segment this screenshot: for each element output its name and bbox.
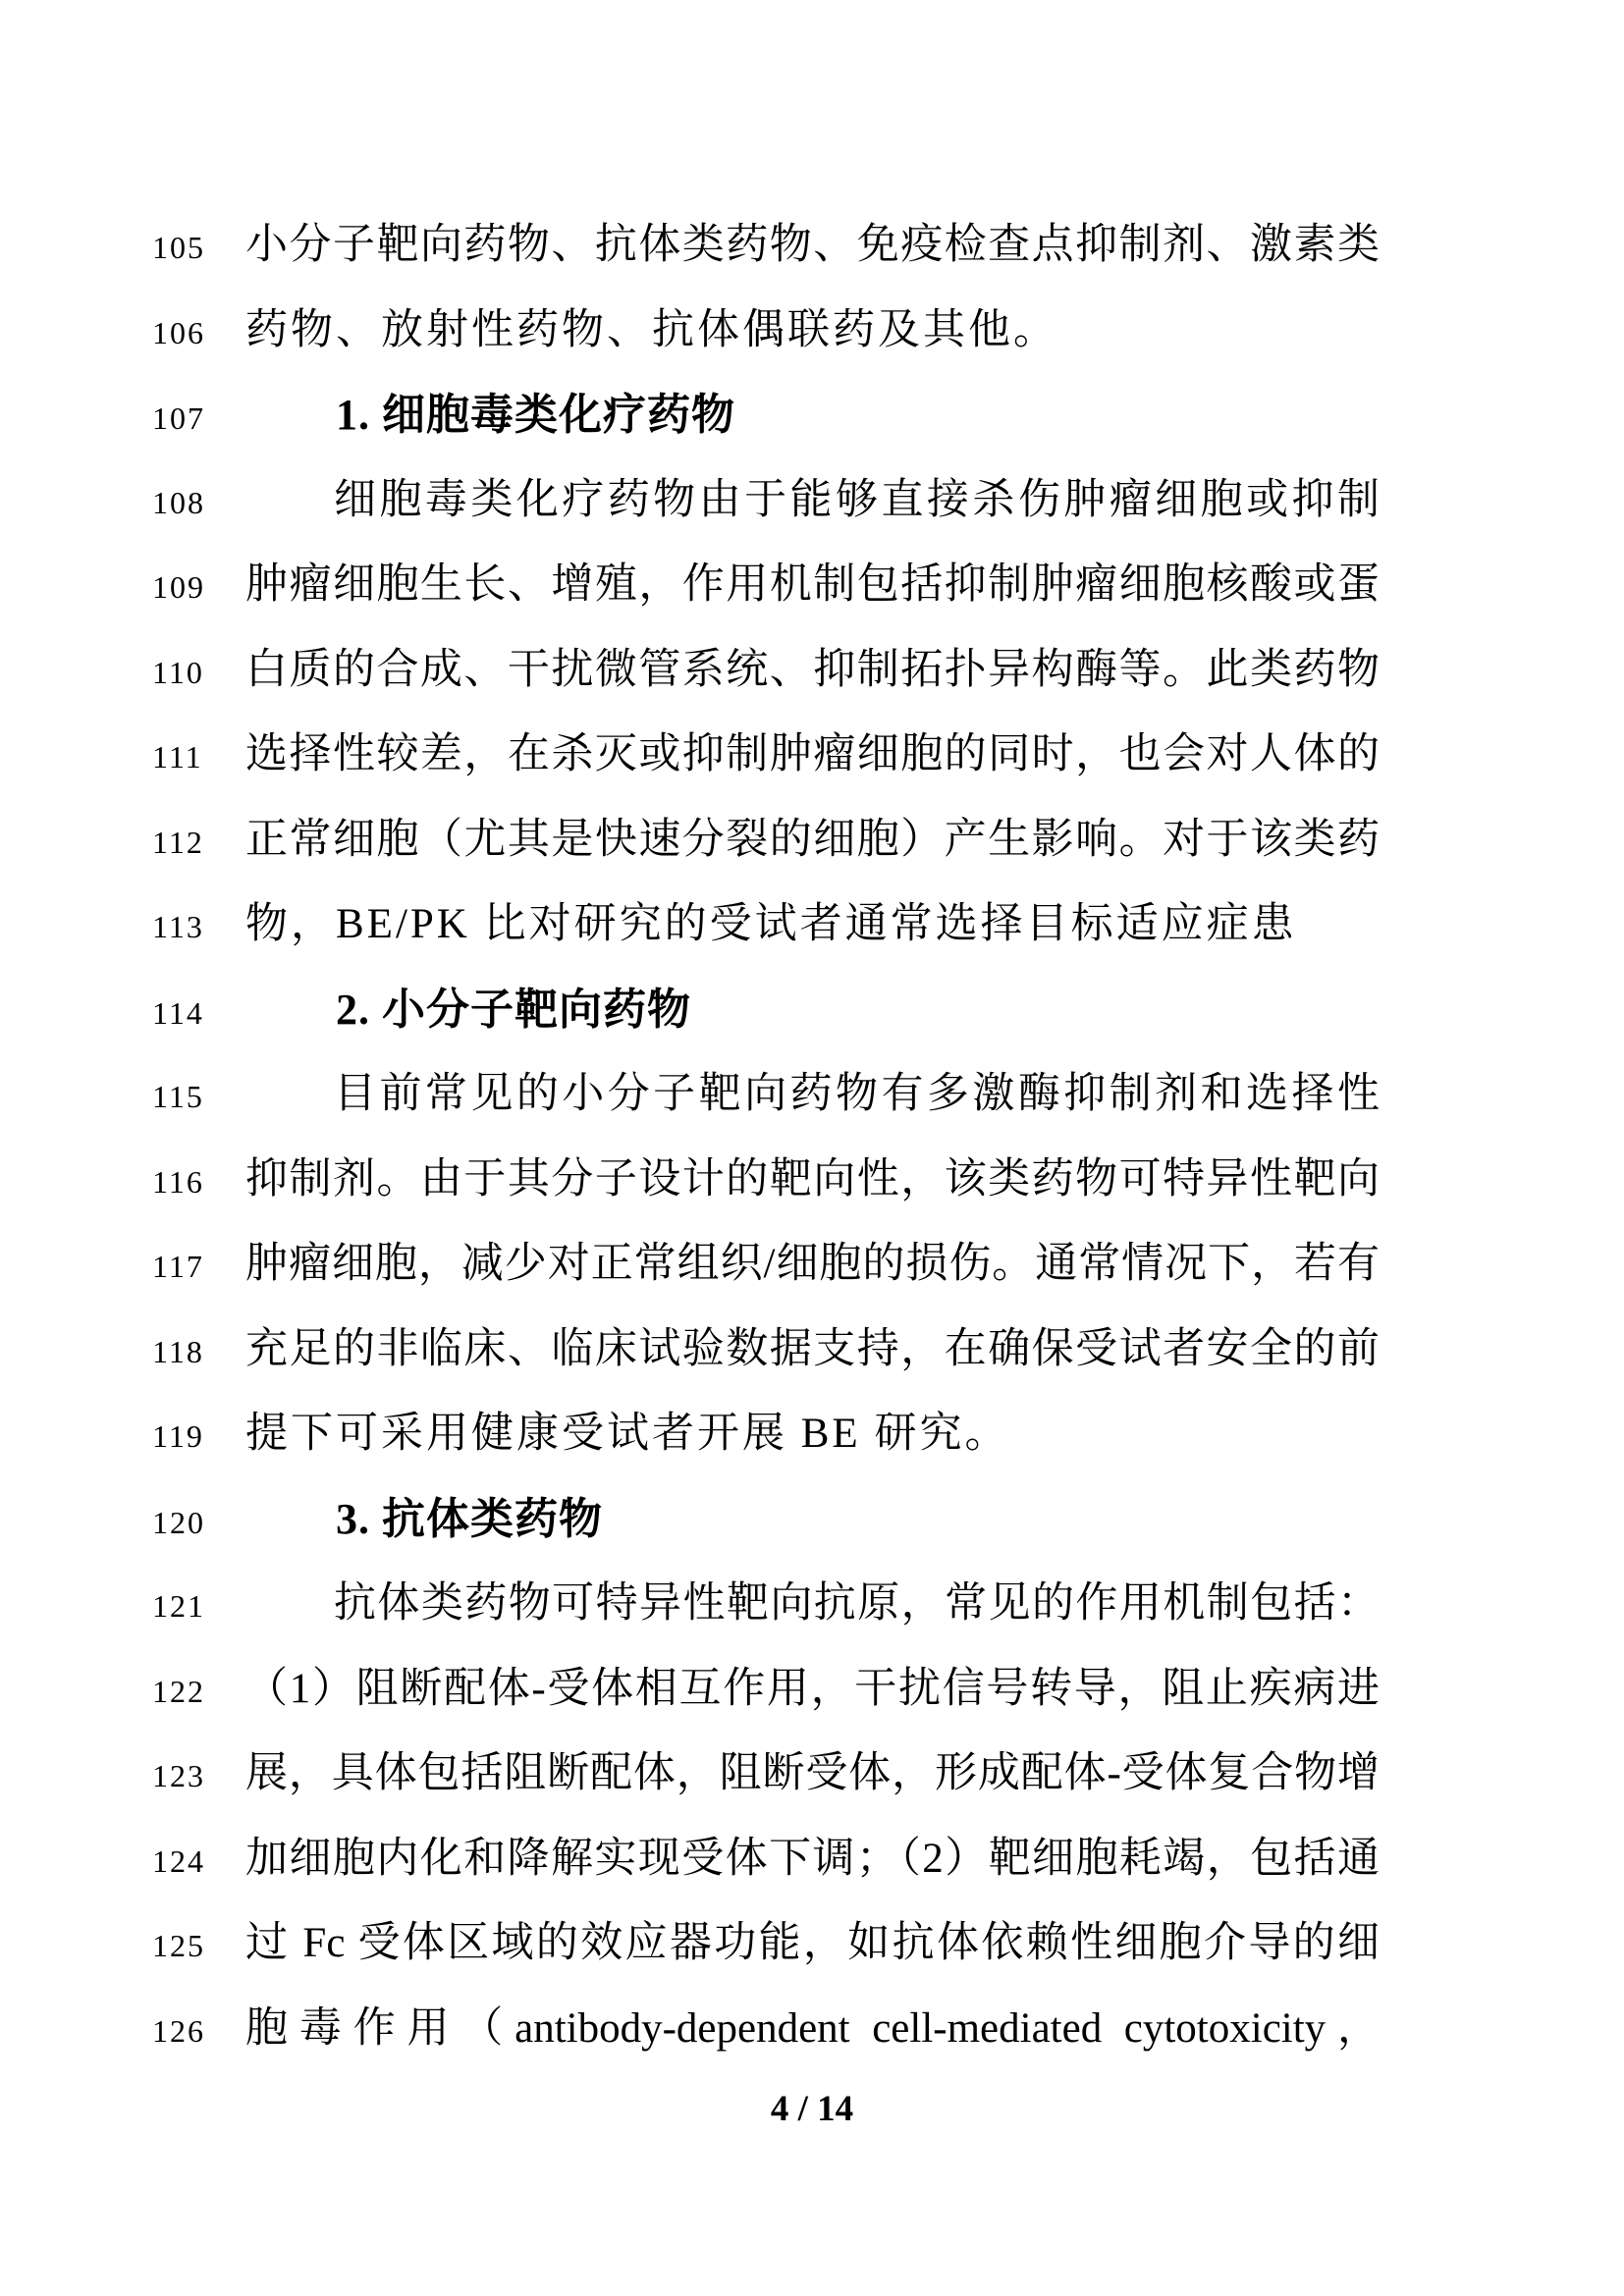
line-text: 小分子靶向药物、抗体类药物、免疫检查点抑制剂、激素类 (245, 203, 1380, 289)
section-heading: 2. 小分子靶向药物 (245, 968, 1380, 1053)
line-number: 109 (152, 545, 245, 630)
line-number: 120 (152, 1480, 245, 1566)
line-text: 肿瘤细胞，减少对正常组织/细胞的损伤。通常情况下，若有 (245, 1222, 1380, 1308)
line-text: 选择性较差，在杀灭或抑制肿瘤细胞的同时，也会对人体的 (245, 713, 1380, 798)
line-number: 123 (152, 1734, 245, 1819)
line-number: 124 (152, 1819, 245, 1904)
document-line: 115 目前常见的小分子靶向药物有多激酶抑制剂和选择性 (152, 1052, 1380, 1138)
line-number: 111 (152, 715, 245, 800)
document-line: 123 展，具体包括阻断配体，阻断受体，形成配体-受体复合物增 (152, 1732, 1380, 1817)
line-text: 目前常见的小分子靶向药物有多激酶抑制剂和选择性 (245, 1052, 1380, 1138)
document-line: 119 提下可采用健康受试者开展 BE 研究。 (152, 1392, 1380, 1477)
line-text: 抗体类药物可特异性靶向抗原，常见的作用机制包括： (245, 1562, 1380, 1647)
document-line: 126 胞毒作用（antibody-dependent cell-mediate… (152, 1987, 1380, 2072)
line-number: 117 (152, 1224, 245, 1309)
document-page: 105 小分子靶向药物、抗体类药物、免疫检查点抑制剂、激素类 106 药物、放射… (0, 0, 1624, 2296)
line-number: 119 (152, 1394, 245, 1479)
line-number: 108 (152, 460, 245, 546)
line-text: 提下可采用健康受试者开展 BE 研究。 (245, 1392, 1380, 1477)
line-number: 122 (152, 1649, 245, 1735)
document-line: 108 细胞毒类化疗药物由于能够直接杀伤肿瘤细胞或抑制 (152, 458, 1380, 544)
section-heading: 1. 细胞毒类化疗药物 (245, 373, 1380, 458)
document-line: 105 小分子靶向药物、抗体类药物、免疫检查点抑制剂、激素类 (152, 203, 1380, 289)
line-text: 过 Fc 受体区域的效应器功能，如抗体依赖性细胞介导的细 (245, 1901, 1380, 1987)
document-body: 105 小分子靶向药物、抗体类药物、免疫检查点抑制剂、激素类 106 药物、放射… (152, 203, 1380, 2071)
line-text: 展，具体包括阻断配体，阻断受体，形成配体-受体复合物增 (245, 1732, 1380, 1817)
document-line: 111 选择性较差，在杀灭或抑制肿瘤细胞的同时，也会对人体的 (152, 713, 1380, 798)
line-number: 125 (152, 1903, 245, 1989)
document-line: 124 加细胞内化和降解实现受体下调；（2）靶细胞耗竭，包括通 (152, 1817, 1380, 1902)
line-number: 126 (152, 1989, 245, 2074)
document-line: 116 抑制剂。由于其分子设计的靶向性，该类药物可特异性靶向 (152, 1138, 1380, 1223)
line-text: 白质的合成、干扰微管系统、抑制拓扑异构酶等。此类药物 (245, 628, 1380, 714)
line-text: 胞毒作用（antibody-dependent cell-mediated cy… (245, 1987, 1380, 2072)
line-number: 116 (152, 1140, 245, 1225)
document-line: 112 正常细胞（尤其是快速分裂的细胞）产生影响。对于该类药 (152, 798, 1380, 883)
line-number: 112 (152, 800, 245, 885)
line-text: 加细胞内化和降解实现受体下调；（2）靶细胞耗竭，包括通 (245, 1817, 1380, 1902)
line-text: 物，BE/PK 比对研究的受试者通常选择目标适应症患者。 (245, 882, 1380, 968)
line-number: 115 (152, 1054, 245, 1140)
document-line: 121 抗体类药物可特异性靶向抗原，常见的作用机制包括： (152, 1562, 1380, 1647)
line-number: 118 (152, 1309, 245, 1395)
line-number: 114 (152, 971, 245, 1056)
document-line: 117 肿瘤细胞，减少对正常组织/细胞的损伤。通常情况下，若有 (152, 1222, 1380, 1308)
section-heading-line: 120 3. 抗体类药物 (152, 1477, 1380, 1563)
document-line: 109 肿瘤细胞生长、增殖，作用机制包括抑制肿瘤细胞核酸或蛋 (152, 543, 1380, 628)
line-number: 107 (152, 376, 245, 461)
line-text: 正常细胞（尤其是快速分裂的细胞）产生影响。对于该类药 (245, 798, 1380, 883)
section-heading: 3. 抗体类药物 (245, 1477, 1380, 1563)
document-line: 110 白质的合成、干扰微管系统、抑制拓扑异构酶等。此类药物 (152, 628, 1380, 714)
document-line: 122 （1）阻断配体-受体相互作用，干扰信号转导，阻止疾病进 (152, 1647, 1380, 1733)
line-text: 肿瘤细胞生长、增殖，作用机制包括抑制肿瘤细胞核酸或蛋 (245, 543, 1380, 628)
line-text: 细胞毒类化疗药物由于能够直接杀伤肿瘤细胞或抑制 (245, 458, 1380, 544)
section-heading-line: 114 2. 小分子靶向药物 (152, 968, 1380, 1053)
line-number: 106 (152, 291, 245, 376)
page-number: 4 / 14 (771, 2089, 853, 2129)
page-footer: 4 / 14 (0, 2089, 1624, 2130)
document-line: 125 过 Fc 受体区域的效应器功能，如抗体依赖性细胞介导的细 (152, 1901, 1380, 1987)
line-text: 药物、放射性药物、抗体偶联药及其他。 (245, 289, 1380, 374)
section-heading-line: 107 1. 细胞毒类化疗药物 (152, 373, 1380, 458)
line-text: （1）阻断配体-受体相互作用，干扰信号转导，阻止疾病进 (245, 1647, 1380, 1733)
document-line: 113 物，BE/PK 比对研究的受试者通常选择目标适应症患者。 (152, 882, 1380, 968)
line-number: 105 (152, 205, 245, 291)
line-text: 抑制剂。由于其分子设计的靶向性，该类药物可特异性靶向 (245, 1138, 1380, 1223)
line-number: 113 (152, 884, 245, 970)
document-line: 118 充足的非临床、临床试验数据支持，在确保受试者安全的前 (152, 1308, 1380, 1393)
line-text: 充足的非临床、临床试验数据支持，在确保受试者安全的前 (245, 1308, 1380, 1393)
line-number: 121 (152, 1564, 245, 1649)
document-line: 106 药物、放射性药物、抗体偶联药及其他。 (152, 289, 1380, 374)
line-number: 110 (152, 630, 245, 716)
